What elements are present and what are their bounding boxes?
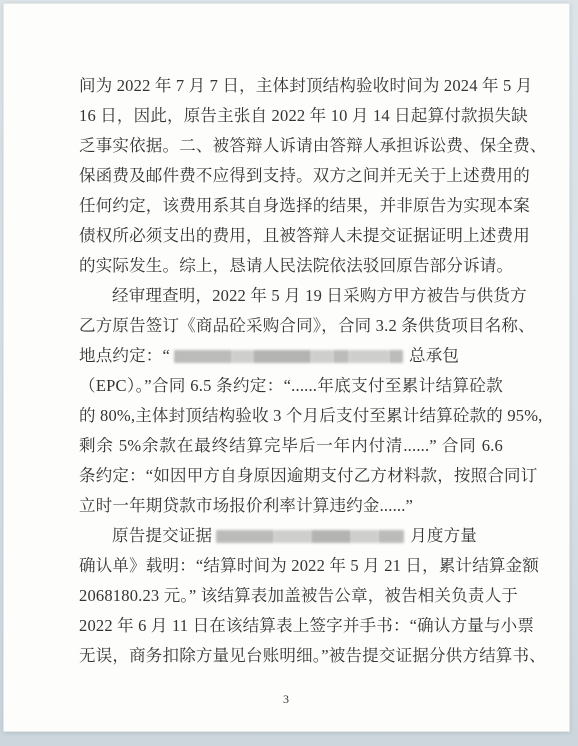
text-line: 乙方原告签订《商品砼采购合同》，合同 3.2 条供货项目名称、 [79, 311, 503, 341]
text-segment: 原告提交证据 [112, 521, 212, 551]
document-page: 间为 2022 年 7 月 7 日，主体封顶结构验收时间为 2024 年 5 月… [3, 3, 570, 732]
text-line: 间为 2022 年 7 月 7 日，主体封顶结构验收时间为 2024 年 5 月 [79, 71, 503, 101]
text-line: 保函费及邮件费不应得到支持。双方之间并无关于上述费用的 [79, 161, 503, 191]
text-line: 任何约定，该费用系其自身选择的结果，并非原告为实现本案 [79, 191, 503, 221]
redaction-block [351, 530, 378, 543]
page-number: 3 [4, 692, 569, 707]
text-segment: 地点约定：“ [79, 341, 170, 371]
redaction-block [174, 350, 232, 363]
redaction-block [311, 350, 333, 363]
redaction-blur [174, 341, 403, 371]
redaction-block [378, 530, 404, 543]
text-line: 2068180.23 元。” 该结算表加盖被告公章，被告相关负责人于 [79, 581, 503, 611]
text-line: 乏事实依据。二、被答辩人诉请由答辩人承担诉讼费、保全费、 [79, 131, 503, 161]
redaction-block [311, 530, 351, 543]
redaction-block [253, 350, 311, 363]
text-line: 条约定：“如因甲方自身原因逾期支付乙方材料款，按照合同订 [79, 461, 503, 491]
text-line: 的实际发生。综上，恳请人民法院依法驳回原告部分诉请。 [79, 251, 503, 281]
redaction-block [349, 350, 389, 363]
text-line: 债权所必须支出的费用，且被答辩人未提交证据证明上述费用 [79, 221, 503, 251]
redaction-block [216, 530, 274, 543]
text-line: 地点约定：“总承包 [79, 341, 503, 371]
text-line: 剩余 5%余款在最终结算完毕后一年内付清......” 合同 6.6 [79, 431, 503, 461]
redaction-block [333, 350, 349, 363]
redaction-block [274, 530, 311, 543]
text-segment: 总承包 [409, 341, 459, 371]
text-line: 2022 年 6 月 11 日在该结算表上签字并手书：“确认方量与小票 [79, 611, 503, 641]
text-line: （EPC）。”合同 6.5 条约定：“......年底支付至累计结算砼款 [79, 371, 503, 401]
text-line: 的 80%,主体封顶结构验收 3 个月后支付至累计结算砼款的 95%, [79, 401, 503, 431]
redaction-blur [216, 521, 404, 551]
redaction-block [232, 350, 253, 363]
text-line: 16 日，因此，原告主张自 2022 年 10 月 14 日起算付款损失缺 [79, 101, 503, 131]
document-body: 间为 2022 年 7 月 7 日，主体封顶结构验收时间为 2024 年 5 月… [79, 71, 503, 671]
redaction-block [389, 350, 403, 363]
text-line: 立时一年期贷款市场报价利率计算违约金......” [79, 491, 503, 521]
text-line: 无误，商务扣除方量见台账明细。”被告提交证据分供方结算书、 [79, 641, 503, 671]
text-line: 确认单》载明：“结算时间为 2022 年 5 月 21 日，累计结算金额 [79, 551, 503, 581]
text-line: 经审理查明，2022 年 5 月 19 日采购方甲方被告与供货方 [79, 281, 503, 311]
text-line: 原告提交证据月度方量 [79, 521, 503, 551]
text-segment: 月度方量 [410, 521, 477, 551]
